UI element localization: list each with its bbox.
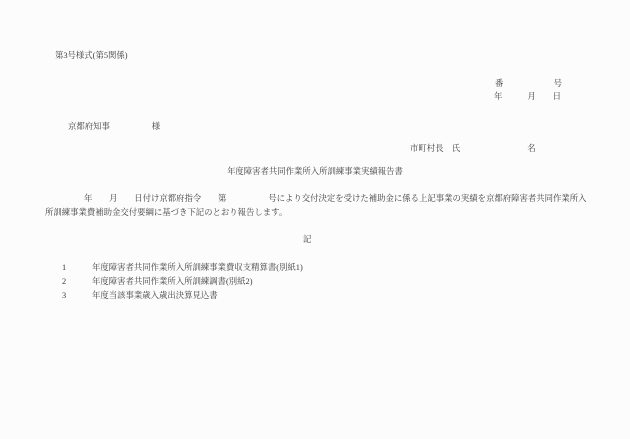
attachment-label: 年度当該事業歳入歳出決算見込書 (92, 291, 218, 302)
addressee-line: 京都府知事 様 (68, 122, 160, 133)
attachment-item: 1 年度障害者共同作業所入所訓練事業費収支精算書(別紙1) (0, 263, 630, 275)
attachment-label: 年度障害者共同作業所入所訓練調書(別紙2) (92, 277, 253, 288)
attachment-item: 3 年度当該事業歳入歳出決算見込書 (0, 291, 630, 303)
attachment-item: 2 年度障害者共同作業所入所訓練調書(別紙2) (0, 277, 630, 289)
attachment-number: 3 (62, 291, 66, 302)
attachment-number: 1 (62, 263, 66, 274)
attachment-number: 2 (62, 277, 66, 288)
form-number-label: 第3号様式(第5関係) (55, 51, 128, 62)
document-date-line: 年 月 日 (494, 92, 561, 103)
attachment-label: 年度障害者共同作業所入所訓練事業費収支精算書(別紙1) (92, 263, 303, 274)
ki-heading: 記 (303, 235, 311, 246)
body-paragraph-line2: 所訓練事業費補助金交付要綱に基づき下記のとおり報告します。 (45, 208, 287, 219)
document-number-line: 番 号 (495, 79, 562, 90)
report-form-page: 第3号様式(第5関係) 番 号 年 月 日 京都府知事 様 市町村長 氏 名 年… (0, 0, 630, 439)
sender-line: 市町村長 氏 名 (410, 144, 536, 155)
body-paragraph-line1: 年 月 日付け京都府指令 第 号により交付決定を受けた補助金に係る上記事業の実績… (84, 194, 587, 205)
document-title: 年度障害者共同作業所入所訓練事業実績報告書 (0, 167, 630, 178)
